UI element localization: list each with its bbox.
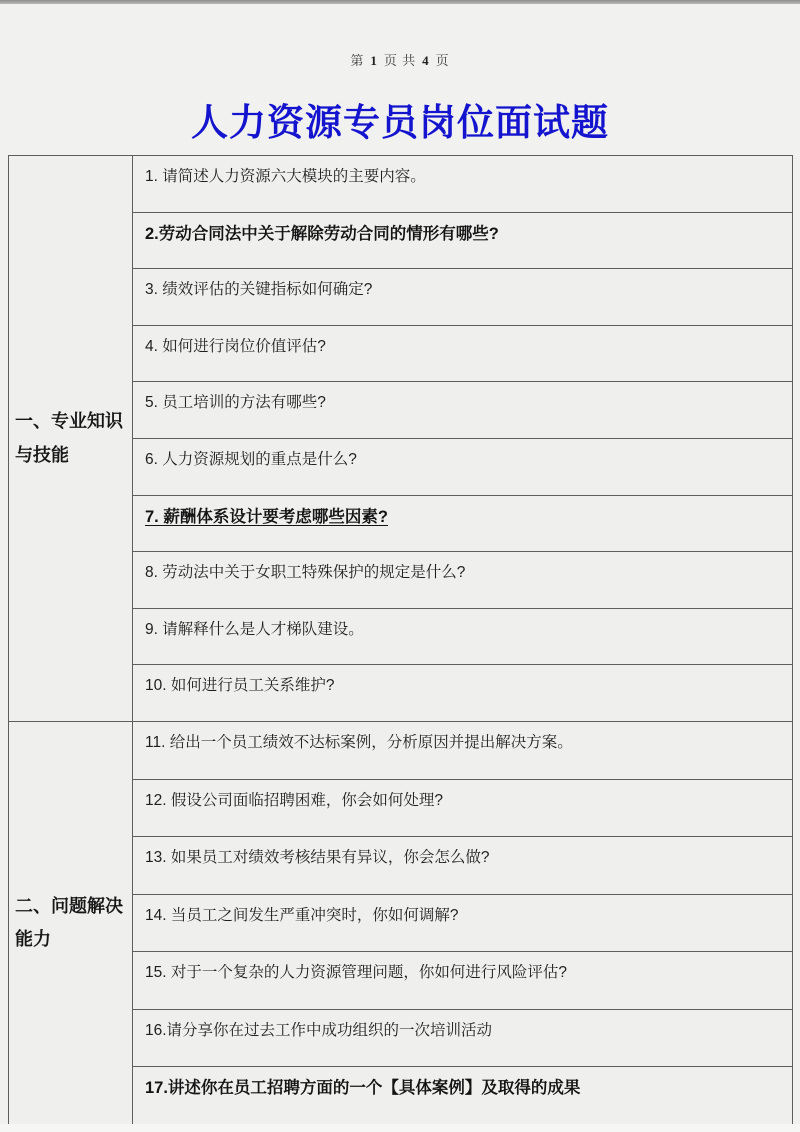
question-row: 9. 请解释什么是人才梯队建设。 — [133, 609, 792, 666]
question-row: 5. 员工培训的方法有哪些? — [133, 382, 792, 439]
question-text: 15. 对于一个复杂的人力资源管理问题，你如何进行风险评估? — [145, 964, 567, 981]
question-rows: 11. 给出一个员工绩效不达标案例，分析原因并提出解决方案。12. 假设公司面临… — [133, 722, 792, 1124]
question-text: 14. 当员工之间发生严重冲突时，你如何调解? — [145, 907, 458, 924]
question-row: 7. 薪酬体系设计要考虑哪些因素? — [133, 496, 792, 553]
category-label: 一、专业知识与技能 — [15, 405, 128, 472]
question-text: 12. 假设公司面临招聘困难，你会如何处理? — [145, 792, 443, 809]
question-row: 13. 如果员工对绩效考核结果有异议，你会怎么做? — [133, 837, 792, 895]
document-page: 第1页 共4页 人力资源专员岗位面试题 一、专业知识与技能 1. 请简述人力资源… — [0, 0, 800, 1132]
questions-table: 一、专业知识与技能 1. 请简述人力资源六大模块的主要内容。2.劳动合同法中关于… — [8, 155, 793, 1125]
below-table-strip — [0, 1124, 800, 1132]
page-number-suffix: 页 — [436, 53, 450, 68]
question-text: 16.请分享你在过去工作中成功组织的一次培训活动 — [145, 1022, 492, 1039]
question-row: 4. 如何进行岗位价值评估? — [133, 326, 792, 383]
question-row: 10. 如何进行员工关系维护? — [133, 665, 792, 721]
question-row: 16.请分享你在过去工作中成功组织的一次培训活动 — [133, 1010, 792, 1068]
category-cell: 二、问题解决能力 — [9, 722, 133, 1124]
question-text: 2.劳动合同法中关于解除劳动合同的情形有哪些? — [145, 225, 499, 243]
question-text: 11. 给出一个员工绩效不达标案例，分析原因并提出解决方案。 — [145, 734, 573, 751]
question-row: 3. 绩效评估的关键指标如何确定? — [133, 269, 792, 326]
question-text: 9. 请解释什么是人才梯队建设。 — [145, 621, 364, 638]
question-text: 5. 员工培训的方法有哪些? — [145, 394, 326, 411]
section-row-problem-solving: 二、问题解决能力 11. 给出一个员工绩效不达标案例，分析原因并提出解决方案。1… — [9, 722, 792, 1124]
page-number-current: 1 — [370, 53, 378, 68]
question-row: 8. 劳动法中关于女职工特殊保护的规定是什么? — [133, 552, 792, 609]
question-text: 6. 人力资源规划的重点是什么? — [145, 451, 357, 468]
question-row: 1. 请简述人力资源六大模块的主要内容。 — [133, 156, 792, 213]
question-row: 14. 当员工之间发生严重冲突时，你如何调解? — [133, 895, 792, 953]
question-row: 2.劳动合同法中关于解除劳动合同的情形有哪些? — [133, 213, 792, 270]
page-number-total: 4 — [422, 53, 430, 68]
page-number-mid: 页 共 — [384, 53, 416, 68]
category-label: 二、问题解决能力 — [15, 890, 128, 957]
question-text: 1. 请简述人力资源六大模块的主要内容。 — [145, 168, 426, 185]
question-text: 4. 如何进行岗位价值评估? — [145, 338, 326, 355]
question-text: 8. 劳动法中关于女职工特殊保护的规定是什么? — [145, 564, 465, 581]
question-text: 7. 薪酬体系设计要考虑哪些因素? — [145, 508, 388, 526]
category-cell: 一、专业知识与技能 — [9, 156, 133, 721]
question-rows: 1. 请简述人力资源六大模块的主要内容。2.劳动合同法中关于解除劳动合同的情形有… — [133, 156, 792, 721]
question-row: 12. 假设公司面临招聘困难，你会如何处理? — [133, 780, 792, 838]
page-number-prefix: 第 — [350, 53, 364, 68]
section-row-professional-knowledge: 一、专业知识与技能 1. 请简述人力资源六大模块的主要内容。2.劳动合同法中关于… — [9, 156, 792, 722]
question-text: 13. 如果员工对绩效考核结果有异议，你会怎么做? — [145, 849, 489, 866]
top-edge-bar — [0, 0, 800, 4]
question-row: 6. 人力资源规划的重点是什么? — [133, 439, 792, 496]
question-text: 10. 如何进行员工关系维护? — [145, 677, 334, 694]
question-text: 17.讲述你在员工招聘方面的一个【具体案例】及取得的成果 — [145, 1079, 580, 1097]
question-row: 11. 给出一个员工绩效不达标案例，分析原因并提出解决方案。 — [133, 722, 792, 780]
question-row: 15. 对于一个复杂的人力资源管理问题，你如何进行风险评估? — [133, 952, 792, 1010]
page-title: 人力资源专员岗位面试题 — [0, 92, 800, 146]
question-row: 17.讲述你在员工招聘方面的一个【具体案例】及取得的成果 — [133, 1067, 792, 1124]
question-text: 3. 绩效评估的关键指标如何确定? — [145, 281, 372, 298]
page-number: 第1页 共4页 — [0, 50, 800, 69]
